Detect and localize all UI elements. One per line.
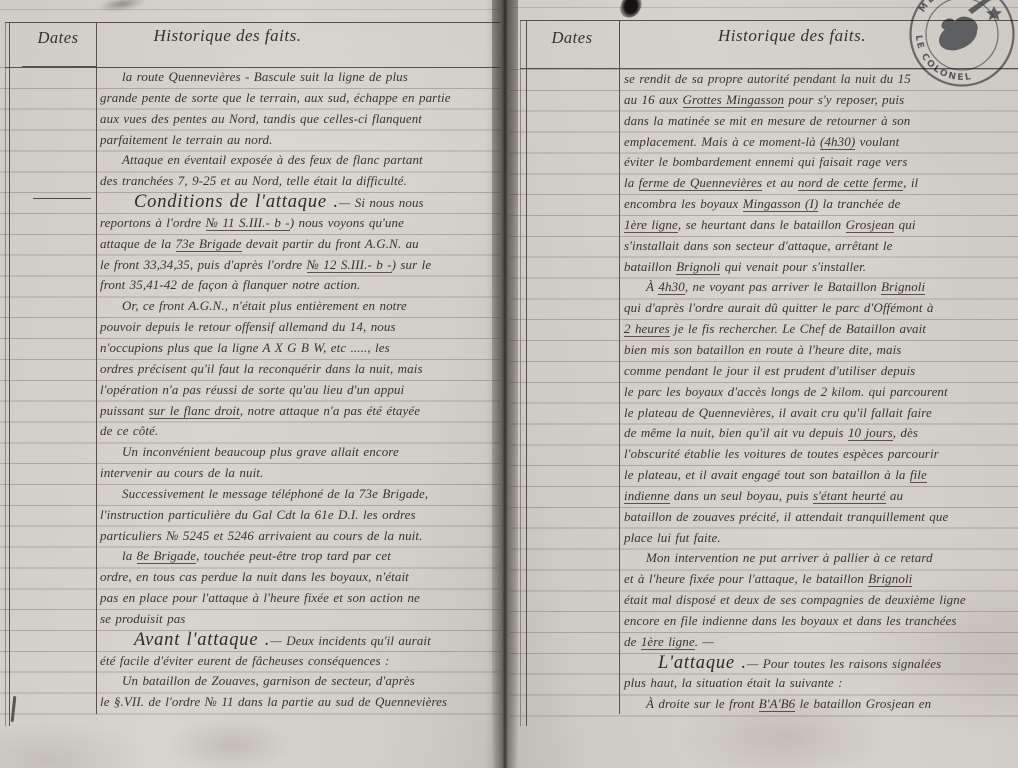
text-segment: qui venait pour s'installer. <box>720 259 866 274</box>
text-segment: front 35,41-42 de façon à flanquer notre… <box>100 277 360 292</box>
text-segment: puissant <box>100 403 149 418</box>
text-segment: 1ère ligne <box>624 217 678 233</box>
text-segment: À droite sur le front <box>646 696 759 711</box>
text-segment: la route Quennevières - Bascule suit la … <box>122 69 408 84</box>
journal-scan: Dates Historique des faits. la route Que… <box>0 0 1018 768</box>
text-segment: № 11 S.III.- b - <box>206 215 290 231</box>
text-segment: je le fis rechercher. Le Chef de Bataill… <box>670 321 926 336</box>
text-segment: Grottes Mingasson <box>683 92 785 108</box>
text-segment: Un bataillon de Zouaves, garnison de sec… <box>122 673 415 688</box>
ink-blot <box>618 0 643 20</box>
manuscript-line: pas en place pour l'attaque à l'heure fi… <box>100 588 498 609</box>
manuscript-line: encombra les boyaux Mingasson (I) la tra… <box>624 194 1016 215</box>
text-segment: qui d'après l'ordre aurait dû quitter le… <box>624 300 933 315</box>
top-edge-rule <box>0 9 500 10</box>
text-segment: nord de cette ferme <box>798 175 903 191</box>
manuscript-line: Un bataillon de Zouaves, garnison de sec… <box>100 671 498 692</box>
text-segment: aux vues des pentes au Nord, tandis que … <box>100 111 422 126</box>
text-segment: s'installait dans son secteur d'attaque,… <box>624 238 892 253</box>
dates-column-header: Dates <box>527 28 617 48</box>
manuscript-line: Mon intervention ne put arriver à pallie… <box>624 548 1016 569</box>
text-segment: ) sur le <box>392 257 432 272</box>
text-segment: ferme de Quennevières <box>639 175 762 191</box>
manuscript-line: 1ère ligne, se heurtant dans le bataillo… <box>624 215 1016 236</box>
page-left-lines: la route Quennevières - Bascule suit la … <box>100 67 498 713</box>
text-segment: 4h30 <box>658 279 684 295</box>
text-segment: , il <box>903 175 918 190</box>
text-segment: bataillon de zouaves précité, il attenda… <box>624 509 948 524</box>
text-segment: Grosjean <box>846 217 895 233</box>
frame-left-outer <box>5 22 6 726</box>
manuscript-line: la ferme de Quennevières et au nord de c… <box>624 173 1016 194</box>
text-segment: 2 heures <box>624 321 670 337</box>
text-segment: intervenir au cours de la nuit. <box>100 465 263 480</box>
manuscript-line: au 16 aux Grottes Mingasson pour s'y rep… <box>624 90 1016 111</box>
text-segment: B'A'B6 <box>759 696 795 712</box>
text-segment: se produisit pas <box>100 611 185 626</box>
text-segment: Attaque en éventail exposée à des feux d… <box>122 152 423 167</box>
text-segment: éviter le bombardement ennemi qui faisai… <box>624 154 907 169</box>
text-segment: qui <box>894 217 915 232</box>
manuscript-line: le plateau de Quennevières, il avait cru… <box>624 403 1016 424</box>
text-segment: , touchée peut-être trop tard par cet <box>196 548 391 563</box>
manuscript-line: l'instruction particulière du Gal Cdt la… <box>100 505 498 526</box>
manuscript-line: ordre, en tous cas perdue la nuit dans l… <box>100 567 498 588</box>
stamp-emblem <box>934 0 1002 56</box>
section-heading: L'attaque . <box>658 653 747 673</box>
text-segment: Brignoli <box>868 571 912 587</box>
text-segment: Successivement le message téléphoné de l… <box>122 486 428 501</box>
text-segment: particuliers № 5245 et 5246 arrivaient a… <box>100 528 422 543</box>
manuscript-line: de même la nuit, bien qu'il ait vu depui… <box>624 423 1016 444</box>
text-segment: devait partir du front A.G.N. au <box>242 236 419 251</box>
text-segment: le plateau, et il avait engagé tout son … <box>624 467 910 482</box>
text-segment: des tranchées 7, 9-25 et au Nord, telle … <box>100 173 407 188</box>
manuscript-line: pouvoir depuis le retour offensif allema… <box>100 317 498 338</box>
dates-divider <box>619 20 620 714</box>
text-segment: de même la nuit, bien qu'il ait vu depui… <box>624 425 848 440</box>
text-segment: se rendit de sa propre autorité pendant … <box>624 71 911 86</box>
text-segment: comme pendant le jour il est prudent d'u… <box>624 363 915 378</box>
page-right: Dates Historique des faits. MENT D'INF L… <box>502 0 1018 768</box>
text-segment: le plateau de Quennevières, il avait cru… <box>624 405 932 420</box>
manuscript-line: le §.VII. de l'ordre № 11 dans la partie… <box>100 692 498 713</box>
text-segment: de ce côté. <box>100 423 158 438</box>
manuscript-line: parfaitement le terrain au nord. <box>100 130 498 151</box>
text-segment: l'obscurité établie les voitures de tout… <box>624 446 939 461</box>
manuscript-line: aux vues des pentes au Nord, tandis que … <box>100 109 498 130</box>
text-segment: et à l'heure fixée pour l'attaque, le ba… <box>624 571 868 586</box>
text-segment: dans un seul boyau, puis <box>670 488 813 503</box>
text-segment: l'opération n'a pas réussi de sorte qu'a… <box>100 382 404 397</box>
text-segment: était mal disposé et deux de ses compagn… <box>624 592 966 607</box>
text-segment: Brignoli <box>881 279 925 295</box>
manuscript-line: l'obscurité établie les voitures de tout… <box>624 444 1016 465</box>
manuscript-line: été facile d'éviter eurent de fâcheuses … <box>100 651 498 672</box>
text-segment: — Si nous nous <box>339 195 424 210</box>
text-segment: sur le flanc droit <box>149 403 240 419</box>
text-segment: et au <box>762 175 798 190</box>
text-segment: grande pente de sorte que le terrain, au… <box>100 90 451 105</box>
manuscript-line: intervenir au cours de la nuit. <box>100 463 498 484</box>
text-segment: attaque de la <box>100 236 176 251</box>
manuscript-line: l'opération n'a pas réussi de sorte qu'a… <box>100 380 498 401</box>
text-segment: (4h30) <box>820 134 855 150</box>
frame-left-inner <box>526 20 527 726</box>
dates-column-header: Dates <box>20 28 96 48</box>
historique-header: Historique des faits. <box>702 26 882 46</box>
manuscript-line: 2 heures je le fis rechercher. Le Chef d… <box>624 319 1016 340</box>
manuscript-line: L'attaque .— Pour toutes les raisons sig… <box>624 653 1016 674</box>
text-segment: au 16 aux <box>624 92 683 107</box>
manuscript-line: particuliers № 5245 et 5246 arrivaient a… <box>100 526 498 547</box>
text-segment: le parc les boyaux d'accès longs de 2 ki… <box>624 384 948 399</box>
text-segment: pour s'y reposer, puis <box>784 92 904 107</box>
manuscript-line: grande pente de sorte que le terrain, au… <box>100 88 498 109</box>
text-segment: ) nous voyons qu'une <box>290 215 404 230</box>
text-segment: encore en file indienne dans les boyaux … <box>624 613 957 628</box>
text-segment: au <box>886 488 904 503</box>
manuscript-line: Successivement le message téléphoné de l… <box>100 484 498 505</box>
manuscript-line: encore en file indienne dans les boyaux … <box>624 611 1016 632</box>
manuscript-line: front 35,41-42 de façon à flanquer notre… <box>100 275 498 296</box>
text-segment: À <box>646 279 658 294</box>
manuscript-line: des tranchées 7, 9-25 et au Nord, telle … <box>100 171 498 192</box>
text-segment: place lui fut faite. <box>624 530 721 545</box>
manuscript-line: attaque de la 73e Brigade devait partir … <box>100 234 498 255</box>
historique-header: Historique des faits. <box>145 26 310 46</box>
manuscript-line: À 4h30, ne voyant pas arriver le Bataill… <box>624 277 1016 298</box>
manuscript-line: le parc les boyaux d'accès longs de 2 ki… <box>624 382 1016 403</box>
text-segment: Mon intervention ne put arriver à pallie… <box>646 550 933 565</box>
text-segment: le front 33,34,35, puis d'après l'ordre <box>100 257 307 272</box>
manuscript-line: place lui fut faite. <box>624 528 1016 549</box>
manuscript-line: puissant sur le flanc droit, notre attaq… <box>100 401 498 422</box>
manuscript-line: de 1ère ligne. — <box>624 632 1016 653</box>
manuscript-line: Conditions de l'attaque .— Si nous nous <box>100 192 498 213</box>
text-segment: voulant <box>855 134 899 149</box>
manuscript-line: s'installait dans son secteur d'attaque,… <box>624 236 1016 257</box>
text-segment: file <box>910 467 927 483</box>
text-segment: , notre attaque n'a pas été étayée <box>240 403 420 418</box>
text-segment: , ne voyant pas arriver le Bataillon <box>685 279 881 294</box>
text-segment: dans la matinée se mit en mesure de reto… <box>624 113 910 128</box>
manuscript-line: Or, ce front A.G.N., n'était plus entièr… <box>100 296 498 317</box>
manuscript-line: se rendit de sa propre autorité pendant … <box>624 69 1016 90</box>
text-segment: reportons à l'ordre <box>100 215 206 230</box>
binding-gutter <box>492 0 518 768</box>
text-segment: — Pour toutes les raisons signalées <box>747 656 941 671</box>
text-segment: , dès <box>893 425 918 440</box>
text-segment: le §.VII. de l'ordre № 11 dans la partie… <box>100 694 447 709</box>
text-segment: pas en place pour l'attaque à l'heure fi… <box>100 590 420 605</box>
dates-divider <box>96 22 97 714</box>
manuscript-line: bien mis son bataillon en route à l'heur… <box>624 340 1016 361</box>
text-segment: pouvoir depuis le retour offensif allema… <box>100 319 396 334</box>
frame-left-outer <box>520 20 521 726</box>
manuscript-line: bataillon de zouaves précité, il attenda… <box>624 507 1016 528</box>
manuscript-line: Avant l'attaque .— Deux incidents qu'il … <box>100 630 498 651</box>
manuscript-line: Un inconvénient beaucoup plus grave alla… <box>100 442 498 463</box>
manuscript-line: le plateau, et il avait engagé tout son … <box>624 465 1016 486</box>
manuscript-line: dans la matinée se mit en mesure de reto… <box>624 111 1016 132</box>
text-segment: le bataillon Grosjean en <box>795 696 931 711</box>
text-segment: la <box>624 175 639 190</box>
text-segment: parfaitement le terrain au nord. <box>100 132 272 147</box>
ink-smudge <box>97 0 146 14</box>
text-segment: emplacement. Mais à ce moment-là <box>624 134 820 149</box>
section-heading: Avant l'attaque . <box>134 630 270 650</box>
text-segment: ordre, en tous cas perdue la nuit dans l… <box>100 569 409 584</box>
date-placeholder-line <box>33 198 91 199</box>
manuscript-line: comme pendant le jour il est prudent d'u… <box>624 361 1016 382</box>
page-left: Dates Historique des faits. la route Que… <box>0 0 502 768</box>
manuscript-line: reportons à l'ordre № 11 S.III.- b -) no… <box>100 213 498 234</box>
manuscript-line: emplacement. Mais à ce moment-là (4h30) … <box>624 132 1016 153</box>
frame-left-inner <box>9 22 10 726</box>
text-segment: Mingasson (I) <box>743 196 819 212</box>
text-segment: plus haut, la situation était la suivant… <box>624 675 843 690</box>
manuscript-line: la 8e Brigade, touchée peut-être trop ta… <box>100 546 498 567</box>
manuscript-line: bataillon Brignoli qui venait pour s'ins… <box>624 257 1016 278</box>
manuscript-line: Attaque en éventail exposée à des feux d… <box>100 150 498 171</box>
text-segment: bien mis son bataillon en route à l'heur… <box>624 342 901 357</box>
manuscript-line: ordres précisent qu'il faut la reconquér… <box>100 359 498 380</box>
text-segment: bataillon <box>624 259 676 274</box>
header-bottom-dates <box>22 66 96 68</box>
text-segment: encombra les boyaux <box>624 196 743 211</box>
text-segment: s'étant heurté <box>813 488 886 504</box>
page-right-lines: se rendit de sa propre autorité pendant … <box>624 69 1016 715</box>
text-segment: 8e Brigade <box>137 548 196 564</box>
text-segment: . — <box>695 634 714 649</box>
text-segment: 10 jours <box>848 425 893 441</box>
text-segment: l'instruction particulière du Gal Cdt la… <box>100 507 416 522</box>
text-segment: indienne <box>624 488 670 504</box>
manuscript-line: À droite sur le front B'A'B6 le bataillo… <box>624 694 1016 715</box>
section-heading: Conditions de l'attaque . <box>134 192 339 212</box>
text-segment: la <box>122 548 137 563</box>
text-segment: № 12 S.III.- b - <box>307 257 392 273</box>
manuscript-line: qui d'après l'ordre aurait dû quitter le… <box>624 298 1016 319</box>
text-segment: 1ère ligne <box>641 634 695 650</box>
manuscript-line: et à l'heure fixée pour l'attaque, le ba… <box>624 569 1016 590</box>
text-segment: , se heurtant dans le bataillon <box>678 217 846 232</box>
manuscript-line: éviter le bombardement ennemi qui faisai… <box>624 152 1016 173</box>
manuscript-line: n'occupions plus que la ligne A X G B W,… <box>100 338 498 359</box>
text-segment: Brignoli <box>676 259 720 275</box>
manuscript-line: le front 33,34,35, puis d'après l'ordre … <box>100 255 498 276</box>
manuscript-line: de ce côté. <box>100 421 498 442</box>
frame-top <box>5 22 500 23</box>
manuscript-line: se produisit pas <box>100 609 498 630</box>
text-segment: 73e Brigade <box>176 236 242 252</box>
manuscript-line: la route Quennevières - Bascule suit la … <box>100 67 498 88</box>
text-segment: la tranchée de <box>818 196 900 211</box>
text-segment: Or, ce front A.G.N., n'était plus entièr… <box>122 298 407 313</box>
manuscript-line: était mal disposé et deux de ses compagn… <box>624 590 1016 611</box>
text-segment: — Deux incidents qu'il aurait <box>270 633 431 648</box>
manuscript-line: plus haut, la situation était la suivant… <box>624 673 1016 694</box>
binding-gutter-shadow <box>491 0 519 30</box>
text-segment: n'occupions plus que la ligne A X G B W,… <box>100 340 390 355</box>
text-segment: Un inconvénient beaucoup plus grave alla… <box>122 444 399 459</box>
text-segment: été facile d'éviter eurent de fâcheuses … <box>100 653 389 668</box>
manuscript-line: indienne dans un seul boyau, puis s'étan… <box>624 486 1016 507</box>
text-segment: de <box>624 634 641 649</box>
text-segment: ordres précisent qu'il faut la reconquér… <box>100 361 423 376</box>
